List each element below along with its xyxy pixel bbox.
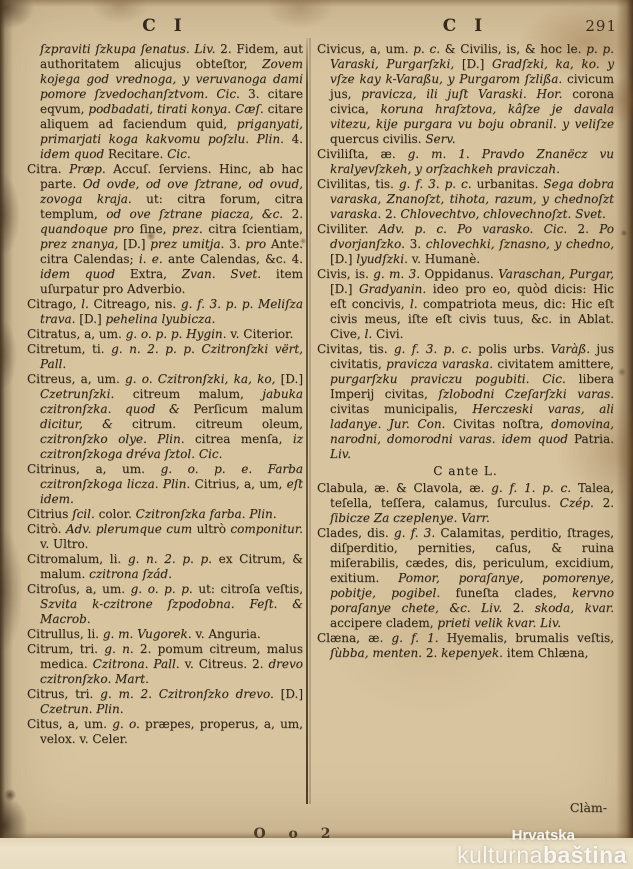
italic-text: Gradyanin. xyxy=(359,282,433,296)
roman-text: Citrago, xyxy=(27,297,81,311)
italic-text: g. m. 3. xyxy=(373,267,424,281)
roman-text: Civilitas, tis. xyxy=(317,177,399,191)
italic-text: l. xyxy=(365,327,376,341)
roman-text: [D.] xyxy=(462,57,492,71)
roman-text: v. Citerior. xyxy=(230,327,293,341)
roman-text: C ante L. xyxy=(433,464,497,478)
italic-text: skoda, kvar. xyxy=(535,601,614,615)
roman-text: [D.] xyxy=(330,282,359,296)
roman-text: 3. xyxy=(410,237,426,251)
roman-text: citrea menſa, xyxy=(195,432,293,446)
roman-text: Recitare. xyxy=(108,147,167,161)
dictionary-entry: Civitas, tis. g. f. 3. p. c. polis urbs.… xyxy=(317,342,614,462)
dictionary-entry: Citromalum, li. g. n. 2. p. p. ex Citrum… xyxy=(27,552,303,582)
roman-text: Citroſus, a, um. xyxy=(27,582,131,596)
roman-text: color. xyxy=(99,507,136,521)
italic-text: prez umitja. xyxy=(150,237,229,251)
italic-text: czitrona ſzád. xyxy=(89,567,172,581)
roman-text: v. Humanè. xyxy=(412,252,480,266)
roman-text: 2. xyxy=(513,601,535,615)
roman-text: [D.] xyxy=(281,372,303,386)
italic-text: g. f. 1. xyxy=(391,631,446,645)
dictionary-entry: Citrinus, a, um. g. o. p. e. Farba czitr… xyxy=(27,462,303,507)
roman-text: Hyemalis, brumalis veſtis, xyxy=(447,631,614,645)
roman-text: polis urbs. xyxy=(478,342,550,356)
italic-text: purgarſzku praviczu pogubiti. Cic. xyxy=(330,372,579,386)
italic-text: p. c. xyxy=(413,42,445,56)
dictionary-entry: Clabula, æ. & Clavola, æ. g. f. 1. p. c.… xyxy=(317,481,614,526)
italic-text: chlovechki, ſznasno, y chedno, xyxy=(426,237,614,251)
roman-text: Citratus, a, um. xyxy=(27,327,126,341)
italic-text: prez. xyxy=(172,222,208,236)
italic-text: g. m. Vugorek. xyxy=(103,627,196,641)
dictionary-entry: Clæna, æ. g. f. 1. Hyemalis, brumalis ve… xyxy=(317,631,614,661)
italic-text: Adv. plerumque cum xyxy=(66,522,197,536)
roman-text: Citrus, tri. xyxy=(27,687,100,701)
roman-text: Clabula, æ. & Clavola, æ. xyxy=(317,481,491,495)
italic-text: ſùbba, menten. xyxy=(330,646,426,660)
roman-text: [D.] xyxy=(123,237,150,251)
roman-text: civitatem amittere, xyxy=(497,357,614,371)
roman-text: Citrinus, a, um. xyxy=(27,462,161,476)
roman-text: funeſta clades, xyxy=(456,586,573,600)
dictionary-entry: Citratus, a, um. g. o. p. p. Hygin. v. C… xyxy=(27,327,303,342)
watermark-line1: Hrvatska xyxy=(457,828,575,843)
italic-text: idem quod xyxy=(40,267,130,281)
italic-text: prez znanya, xyxy=(40,237,123,251)
roman-text: Citrullus, li. xyxy=(27,627,103,641)
roman-text: Clades, dis. xyxy=(317,526,394,540)
italic-text: Chlovechtvo, chlovechnoſzt. Svet. xyxy=(400,207,606,221)
roman-text: quercus civilis. xyxy=(330,132,425,146)
italic-text: g. f. 3. p. c. xyxy=(399,177,477,191)
dictionary-entry: Citra. Præp. Accuſ. ſerviens. Hinc, ab h… xyxy=(27,162,303,297)
roman-text: accipere cladem, xyxy=(330,616,437,630)
roman-text: [D.] xyxy=(281,687,303,701)
roman-text: 2. xyxy=(385,207,400,221)
roman-text: & Civilis, is, & hoc le. xyxy=(445,42,586,56)
italic-text: pravicza varaska. xyxy=(386,357,497,371)
roman-text: Civis, is. xyxy=(317,267,373,281)
roman-text: Civiliſta, æ. xyxy=(317,147,408,161)
italic-text: pro xyxy=(245,237,270,251)
roman-text: Citrò. xyxy=(27,522,66,536)
italic-text: g. f. 3. p. c. xyxy=(394,342,478,356)
roman-text: Civitas noſtra, xyxy=(453,417,551,431)
roman-text: [D.] xyxy=(330,252,356,266)
roman-text: [D.] xyxy=(79,312,105,326)
roman-text: Patria. xyxy=(574,432,614,446)
roman-text: Citra. xyxy=(27,162,69,176)
roman-text: Citrius xyxy=(27,507,72,521)
watermark-line2-regular: kulturna xyxy=(457,842,543,868)
dictionary-entry: Citus, a, um. g. o. præpes, properus, a,… xyxy=(27,717,303,747)
roman-text: ſine, xyxy=(140,222,173,236)
roman-text: Citreago, nis. xyxy=(93,297,180,311)
italic-text: Varaschan, Purgar, xyxy=(498,267,614,281)
italic-text: Czetrun. Plin. xyxy=(40,702,124,716)
roman-text: 4. xyxy=(292,132,303,146)
italic-text: Czép. xyxy=(560,496,603,510)
roman-text: ultrò xyxy=(197,522,231,536)
roman-text: Citrius, a, um, xyxy=(195,477,287,491)
italic-text: Czitronſzka farba. Plin. xyxy=(136,507,277,521)
roman-text: Citromalum, li. xyxy=(27,552,128,566)
italic-text: Adv. p. c. Po varasko. Cic. xyxy=(379,222,578,236)
dictionary-entry: Citrò. Adv. plerumque cum ultrò componit… xyxy=(27,522,303,552)
roman-text: citreum malum, xyxy=(133,387,263,401)
italic-text: podbadati, tirati konya. Cæſ. xyxy=(88,102,267,116)
italic-text: Szvita k-czitrone ſzpodobna. Feſt. & Mac… xyxy=(40,597,303,626)
roman-text: Citus, a, um. xyxy=(27,717,112,731)
italic-text: pehelina lyubicza. xyxy=(105,312,215,326)
italic-text: g. n. 2. p. p. xyxy=(128,552,219,566)
italic-text: quandoque pro xyxy=(40,222,140,236)
dictionary-entry: ſzpraviti ſzkupa ſenatus. Liv. 2. Fidem,… xyxy=(27,42,303,162)
scanned-dictionary-page: C I ſzpraviti ſzkupa ſenatus. Liv. 2. Fi… xyxy=(0,0,633,869)
roman-text: Oppidanus. xyxy=(424,267,498,281)
heritage-watermark: Hrvatska kulturnabaština xyxy=(457,828,627,867)
watermark-line2-bold: baština xyxy=(543,842,627,868)
italic-text: ſzlobodni Czeſarſzki varas. xyxy=(438,387,614,401)
entries: ſzpraviti ſzkupa ſenatus. Liv. 2. Fidem,… xyxy=(27,42,303,747)
italic-text: g. o. xyxy=(112,717,145,731)
roman-text: citra ſcientiam, xyxy=(208,222,303,236)
roman-text: Clæna, æ. xyxy=(317,631,391,645)
catchword: Clàm- xyxy=(570,800,607,815)
dictionary-entry: Citretum, ti. g. n. 2. p. p. Czitronſzki… xyxy=(27,342,303,372)
italic-text: idem quod xyxy=(40,147,108,161)
italic-text: Cic. xyxy=(167,147,191,161)
paper-sheet: C I ſzpraviti ſzkupa ſenatus. Liv. 2. Fi… xyxy=(0,0,633,838)
roman-text: Civiliter. xyxy=(317,222,379,236)
italic-text: ſzpraviti ſzkupa ſenatus. Liv. xyxy=(40,42,220,56)
watermark-line2: kulturnabaština xyxy=(457,844,627,867)
italic-text: g. f. 1. p. c. xyxy=(491,481,578,495)
roman-text: v. Anguria. xyxy=(195,627,260,641)
dictionary-entry: Civis, is. g. m. 3. Oppidanus. Varaschan… xyxy=(317,267,614,342)
italic-text: Præp. xyxy=(69,162,113,176)
column-divider-rule xyxy=(306,38,308,804)
italic-text: kepenyek. xyxy=(441,646,507,660)
roman-text: Citrum, tri. xyxy=(27,642,104,656)
italic-text: ſibicze Za czeplenye. Varr. xyxy=(330,511,490,525)
page-number: 291 xyxy=(585,17,617,35)
italic-text: i. e. xyxy=(139,252,168,266)
dictionary-entry: Citrago, l. Citreago, nis. g. f. 3. p. p… xyxy=(27,297,303,327)
roman-text: urbanitas. xyxy=(477,177,544,191)
italic-text: lyudſzki. xyxy=(356,252,412,266)
roman-text: 2. xyxy=(426,646,441,660)
dictionary-entry: Citreus, a, um. g. o. Czitronſzki, ka, k… xyxy=(27,372,303,462)
dictionary-entry: Citroſus, a, um. g. o. p. p. ut: citroſa… xyxy=(27,582,303,627)
dictionary-entry: Civiliter. Adv. p. c. Po varasko. Cic. 2… xyxy=(317,222,614,267)
roman-text: Citreus, a, um. xyxy=(27,372,125,386)
roman-text: 2. xyxy=(603,496,614,510)
roman-text: 2. xyxy=(292,207,303,221)
italic-text: g. m. 2. Czitronſzko drevo. xyxy=(100,687,281,701)
roman-text: Civicus, a, um. xyxy=(317,42,413,56)
italic-text: l. xyxy=(81,297,93,311)
roman-text: 2. xyxy=(577,222,599,236)
italic-text: g. n. xyxy=(104,642,140,656)
dictionary-entry: Civicus, a, um. p. c. & Civilis, is, & h… xyxy=(317,42,614,147)
roman-text: Citretum, ti. xyxy=(27,342,111,356)
section-heading: C ante L. xyxy=(317,464,614,479)
roman-text: v. Citreus. 2. xyxy=(185,657,269,671)
roman-text: Civitas, tis. xyxy=(317,342,394,356)
italic-text: Varàß. xyxy=(551,342,597,356)
italic-text: Serv. xyxy=(425,132,455,146)
dictionary-entry: Citrullus, li. g. m. Vugorek. v. Anguria… xyxy=(27,627,303,642)
italic-text: componitur. xyxy=(230,522,303,536)
italic-text: Czetrunſzki. xyxy=(40,387,133,401)
italic-text: Czitrona. Pall. xyxy=(93,657,185,671)
left-running-head: C I xyxy=(27,16,303,36)
italic-text: g. o. Czitronſzki, ka, ko, xyxy=(125,372,281,386)
dictionary-entry: Civiliſta, æ. g. m. 1. Pravdo Znanëcz vu… xyxy=(317,147,614,177)
roman-text: v. Ultro. xyxy=(40,537,88,551)
dictionary-entry: Citrum, tri. g. n. 2. pomum citreum, mal… xyxy=(27,642,303,687)
roman-text: item Chlæna, xyxy=(507,646,589,660)
italic-text: prieti velik kvar. Liv. xyxy=(437,616,561,630)
italic-text: g. o. p. p. xyxy=(131,582,199,596)
italic-text: czitronſzko olye. Plin. xyxy=(40,432,195,446)
column-left: C I ſzpraviti ſzkupa ſenatus. Liv. 2. Fi… xyxy=(27,16,303,747)
italic-text: pravicza, ili juſt Varaski. Hor. xyxy=(361,87,572,101)
italic-text: g. f. 3. xyxy=(394,526,440,540)
italic-text: g. o. p. p. Hygin. xyxy=(126,327,231,341)
roman-text: ante Calendas, &c. 4. xyxy=(168,252,303,266)
italic-text: od ove ſztrane piacza, &c. xyxy=(106,207,291,221)
roman-text: civitas municipalis, xyxy=(330,402,472,416)
roman-text: Perſicum malum xyxy=(193,402,303,416)
italic-text: dicitur, & xyxy=(40,417,132,431)
italic-text: Liv. xyxy=(330,447,351,461)
italic-text: Zvan. Svet. xyxy=(182,267,276,281)
italic-text: ſcil. xyxy=(72,507,98,521)
right-running-head: C I xyxy=(317,16,614,36)
roman-text: ut: citroſa veſtis, xyxy=(198,582,303,596)
roman-text: Civi. xyxy=(376,327,403,341)
roman-text: 3. xyxy=(229,237,245,251)
column-right: C I Civicus, a, um. p. c. & Civilis, is,… xyxy=(317,16,614,661)
dictionary-entry: Clades, dis. g. f. 3. Calamitas, perditi… xyxy=(317,526,614,631)
roman-text: citrum. citreum oleum, xyxy=(132,417,303,431)
entries: Civicus, a, um. p. c. & Civilis, is, & h… xyxy=(317,42,614,661)
dictionary-entry: Citrus, tri. g. m. 2. Czitronſzko drevo.… xyxy=(27,687,303,717)
dictionary-entry: Civilitas, tis. g. f. 3. p. c. urbanitas… xyxy=(317,177,614,222)
italic-text: l. xyxy=(410,297,423,311)
dictionary-entry: Citrius ſcil. color. Czitronſzka farba. … xyxy=(27,507,303,522)
roman-text: Extra, xyxy=(130,267,182,281)
